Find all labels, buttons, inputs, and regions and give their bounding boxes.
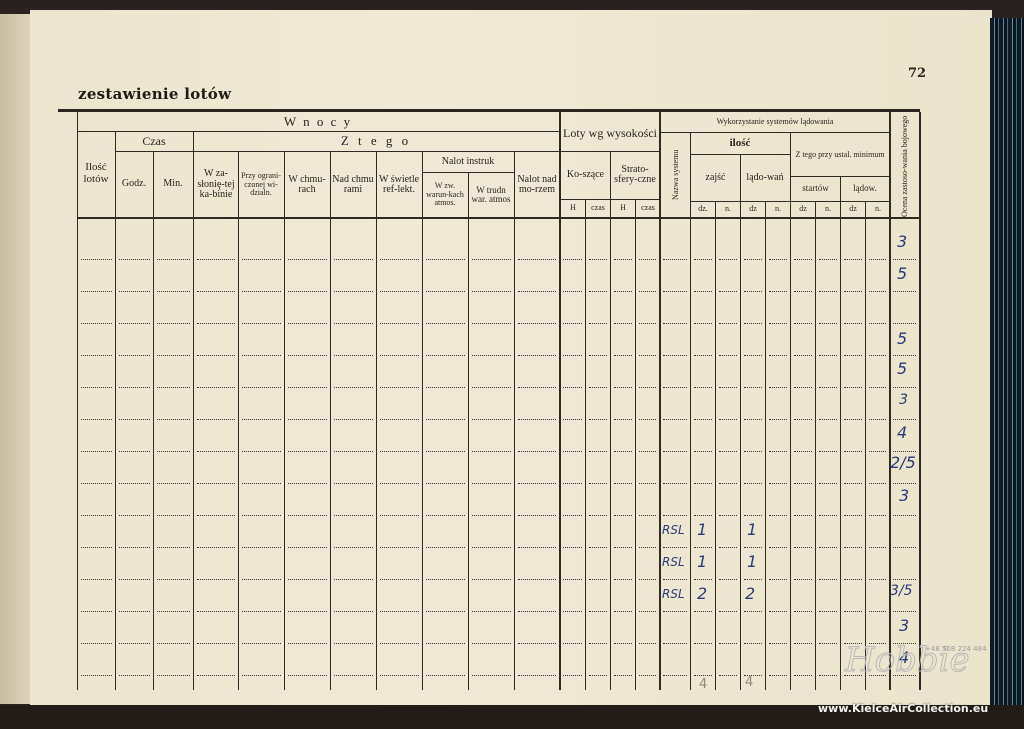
row-separator [869,611,886,612]
row-separator [794,579,812,580]
row-separator [869,451,886,452]
row-separator [119,451,150,452]
row-separator [81,483,112,484]
row-separator [426,611,465,612]
row-separator [893,483,916,484]
row-separator [288,483,327,484]
row-separator [639,611,656,612]
header-dz-startow: dz [791,202,815,217]
row-separator [663,547,687,548]
row-separator [472,387,511,388]
row-separator [119,547,150,548]
row-separator [589,451,607,452]
row-separator [819,515,837,516]
row-separator [794,259,812,260]
row-separator [119,419,150,420]
header-h-strato: H [611,200,635,217]
row-separator [769,259,787,260]
row-separator [844,483,862,484]
row-separator [893,451,916,452]
row-separator [119,387,150,388]
row-separator [242,643,281,644]
header-zajsc: zajść [691,155,740,201]
row-separator [893,515,916,516]
row-separator [769,643,787,644]
row-7-ocena: 2/5 [890,453,916,472]
row-separator [694,675,712,676]
row-separator [563,579,582,580]
header-w-chmurach: W chmu-rach [285,153,329,217]
watermark-site: www.KielceAirCollection.eu [818,702,988,715]
row-separator [380,643,419,644]
row-separator [769,579,787,580]
row-separator [844,451,862,452]
row-separator [119,643,150,644]
row-separator [197,451,235,452]
row-separator [426,515,465,516]
header-wykorzystanie-systemow: Wykorzystanie systemów lądowania [661,113,889,131]
row-separator [563,419,582,420]
row-separator [893,611,916,612]
header-ladowan: lądo-wań [741,155,789,201]
row-separator [119,291,150,292]
row-separator [81,323,112,324]
row-separator [563,515,582,516]
row-separator [589,547,607,548]
row-separator [589,483,607,484]
header-n-ladowan: n. [766,202,790,217]
row-separator [157,579,190,580]
row-separator [334,419,373,420]
row-separator [472,259,511,260]
row-separator [589,387,607,388]
row-separator [242,355,281,356]
header-nalot-nad-morzem: Nalot nad mo-rzem [515,153,559,217]
row-separator [639,419,656,420]
row-separator [744,611,762,612]
row-separator [119,355,150,356]
row-separator [794,547,812,548]
row-separator [197,515,235,516]
row-separator [242,291,281,292]
row-separator [288,291,327,292]
row-separator [869,355,886,356]
row-separator [719,387,737,388]
row-separator [380,323,419,324]
row-separator [663,419,687,420]
row-separator [639,483,656,484]
row-separator [639,547,656,548]
row-separator [794,483,812,484]
row-separator [694,259,712,260]
row-separator [639,451,656,452]
row-separator [819,611,837,612]
row-separator [518,387,556,388]
row-separator [242,483,281,484]
row-separator [614,355,632,356]
row-separator [197,579,235,580]
row-separator [694,579,712,580]
row-separator [426,579,465,580]
header-n-startow: n. [816,202,840,217]
row-separator [844,355,862,356]
header-czas-strato: czas [636,200,660,217]
row-separator [663,451,687,452]
header-h-koszace: H [561,200,585,217]
row-separator [844,291,862,292]
row-separator [744,419,762,420]
header-w-zw-warunkach: W zw. warun-kach atmos. [423,173,467,217]
row-separator [719,451,737,452]
row-separator [157,419,190,420]
row-separator [197,483,235,484]
row-separator [744,515,762,516]
header-min: Min. [153,151,193,217]
row-separator [81,547,112,548]
row-separator [380,675,419,676]
header-startow: startów [791,177,840,201]
row-6-ocena: 4 [897,423,907,442]
row-separator [157,323,190,324]
row-separator [769,419,787,420]
row-separator [589,611,607,612]
row-separator [157,643,190,644]
row-3-ocena: 5 [897,329,907,348]
row-10-system: RSL [662,555,685,569]
row-separator [426,451,465,452]
row-separator [614,547,632,548]
row-separator [380,355,419,356]
row-separator [869,387,886,388]
row-separator [869,483,886,484]
row-separator [719,547,737,548]
row-separator [794,515,812,516]
row-separator [242,323,281,324]
row-11-zajsc-dz: 2 [697,584,707,603]
row-separator [663,515,687,516]
row-separator [288,547,327,548]
row-separator [869,579,886,580]
row-separator [663,579,687,580]
row-separator [426,483,465,484]
row-separator [380,611,419,612]
row-separator [893,547,916,548]
row-separator [769,291,787,292]
row-separator [334,579,373,580]
row-separator [869,419,886,420]
row-separator [563,483,582,484]
row-separator [563,643,582,644]
row-separator [893,291,916,292]
row-separator [869,547,886,548]
header-loty-wg-wysokosci: Loty wg wysokości [561,115,659,151]
row-separator [157,483,190,484]
row-separator [81,675,112,676]
row-separator [157,355,190,356]
row-separator [119,675,150,676]
row-separator [794,611,812,612]
row-separator [893,387,916,388]
row-separator [744,451,762,452]
row-separator [288,611,327,612]
row-9-system: RSL [662,523,685,537]
row-separator [334,323,373,324]
row-separator [614,611,632,612]
row-separator [157,515,190,516]
row-separator [794,355,812,356]
row-separator [819,547,837,548]
row-separator [663,387,687,388]
row-separator [794,643,812,644]
row-separator [869,323,886,324]
header-z-tego-przy-minimum: Z tego przy ustal. minimum [791,133,889,177]
row-separator [157,547,190,548]
row-separator [334,643,373,644]
row-separator [694,419,712,420]
row-separator [334,611,373,612]
row-separator [694,547,712,548]
row-separator [893,259,916,260]
row-separator [694,323,712,324]
row-separator [719,355,737,356]
row-separator [518,643,556,644]
row-separator [639,675,656,676]
row-separator [614,451,632,452]
row-separator [157,259,190,260]
header-czas-koszace: czas [586,200,610,217]
row-separator [769,515,787,516]
row-separator [288,675,327,676]
row-separator [119,579,150,580]
row-separator [819,387,837,388]
row-separator [844,259,862,260]
row-separator [380,547,419,548]
header-w-zaslonietej-kabinie: W za-słonię-tej ka-binie [195,153,237,217]
row-separator [794,291,812,292]
row-separator [380,387,419,388]
row-separator [288,387,327,388]
row-separator [719,419,737,420]
row-8-ocena: 3 [899,486,909,505]
row-separator [819,675,837,676]
row-separator [197,419,235,420]
row-separator [794,387,812,388]
row-separator [639,291,656,292]
row-separator [242,259,281,260]
row-separator [589,675,607,676]
row-separator [197,611,235,612]
row-separator [614,515,632,516]
row-separator [242,419,281,420]
row-separator [719,259,737,260]
row-separator [639,355,656,356]
row-separator [639,643,656,644]
row-separator [794,323,812,324]
flight-summary-table: Ilość lotów W n o c y Czas Godz. Min. Z … [58,109,922,693]
row-separator [639,323,656,324]
header-przy-ograniczonej: Przy ograni-czonej wi-dzialn. [239,153,283,217]
row-separator [380,515,419,516]
row-separator [893,323,916,324]
row-separator [426,643,465,644]
row-12-ocena: 3 [899,616,909,635]
row-separator [794,451,812,452]
row-separator [769,355,787,356]
row-separator [719,483,737,484]
row-separator [334,547,373,548]
row-separator [197,675,235,676]
row-separator [119,259,150,260]
row-separator [242,515,281,516]
row-separator [472,291,511,292]
row-separator [719,643,737,644]
row-separator [769,611,787,612]
row-separator [694,483,712,484]
row-separator [663,675,687,676]
row-separator [518,579,556,580]
row-separator [472,483,511,484]
row-separator [472,355,511,356]
row-separator [563,451,582,452]
header-dz-ladow: dz [841,202,865,217]
row-separator [380,419,419,420]
row-separator [472,643,511,644]
row-separator [472,419,511,420]
left-page-edge [0,14,34,704]
row-separator [81,643,112,644]
row-separator [197,643,235,644]
row-separator [694,355,712,356]
row-separator [694,291,712,292]
row-separator [719,611,737,612]
header-n-ladow: n. [866,202,890,217]
row-separator [380,291,419,292]
row-separator [844,323,862,324]
header-nazwa-systemu: Nazwa systemu [662,133,690,217]
row-separator [663,611,687,612]
watermark-phone: +48 508 224 484 [925,645,987,653]
row-separator [663,291,687,292]
header-nad-chmurami: Nad chmu rami [331,153,375,217]
row-separator [518,611,556,612]
row-separator [794,419,812,420]
row-separator [663,643,687,644]
row-10-zajsc-dz: 1 [697,552,707,571]
row-separator [334,675,373,676]
row-separator [81,259,112,260]
row-separator [472,451,511,452]
row-separator [334,355,373,356]
row-separator [589,259,607,260]
row-separator [893,355,916,356]
row-separator [119,611,150,612]
row-4-ocena: 5 [897,359,907,378]
header-n-zajsc: n. [716,202,740,217]
row-separator [518,323,556,324]
row-separator [639,515,656,516]
row-separator [119,483,150,484]
row-separator [869,291,886,292]
row-separator [242,579,281,580]
row-separator [639,579,656,580]
row-separator [288,323,327,324]
row-separator [242,611,281,612]
header-ilosc: ilość [691,135,789,153]
row-separator [589,291,607,292]
header-ilosc-lotow: Ilość lotów [77,131,115,217]
row-separator [563,675,582,676]
row-separator [288,451,327,452]
row-separator [744,483,762,484]
book-page-edges [990,18,1024,718]
row-separator [518,515,556,516]
row-separator [426,355,465,356]
row-separator [663,323,687,324]
row-separator [744,643,762,644]
row-separator [844,515,862,516]
row-separator [472,579,511,580]
row-separator [472,611,511,612]
row-separator [819,291,837,292]
row-separator [426,387,465,388]
row-separator [197,355,235,356]
row-separator [472,323,511,324]
header-stratosferyczne: Strato-sfery-czne [611,151,659,199]
row-separator [563,291,582,292]
header-z-tego: Z t e g o [193,131,559,151]
row-separator [81,515,112,516]
row-separator [769,451,787,452]
row-separator [563,547,582,548]
header-w-nocy: W n o c y [77,112,559,131]
row-separator [242,675,281,676]
row-separator [844,419,862,420]
header-czas: Czas [115,131,193,151]
row-separator [81,419,112,420]
row-separator [589,515,607,516]
row-separator [694,451,712,452]
row-separator [518,419,556,420]
row-separator [719,675,737,676]
row-separator [334,451,373,452]
row-separator [744,547,762,548]
row-separator [81,355,112,356]
row-separator [426,419,465,420]
row-separator [769,483,787,484]
row-separator [563,259,582,260]
row-separator [81,579,112,580]
row-separator [334,515,373,516]
row-11-system: RSL [662,587,685,601]
row-separator [288,419,327,420]
row-separator [81,387,112,388]
row-separator [518,451,556,452]
row-separator [119,515,150,516]
row-separator [334,483,373,484]
row-separator [81,611,112,612]
row-separator [589,323,607,324]
row-separator [288,515,327,516]
row-separator [614,291,632,292]
row-separator [744,387,762,388]
row-9-ladowan-dz: 1 [747,520,757,539]
row-separator [694,387,712,388]
row-separator [844,611,862,612]
row-separator [472,515,511,516]
row-separator [694,611,712,612]
row-separator [639,259,656,260]
row-separator [663,259,687,260]
